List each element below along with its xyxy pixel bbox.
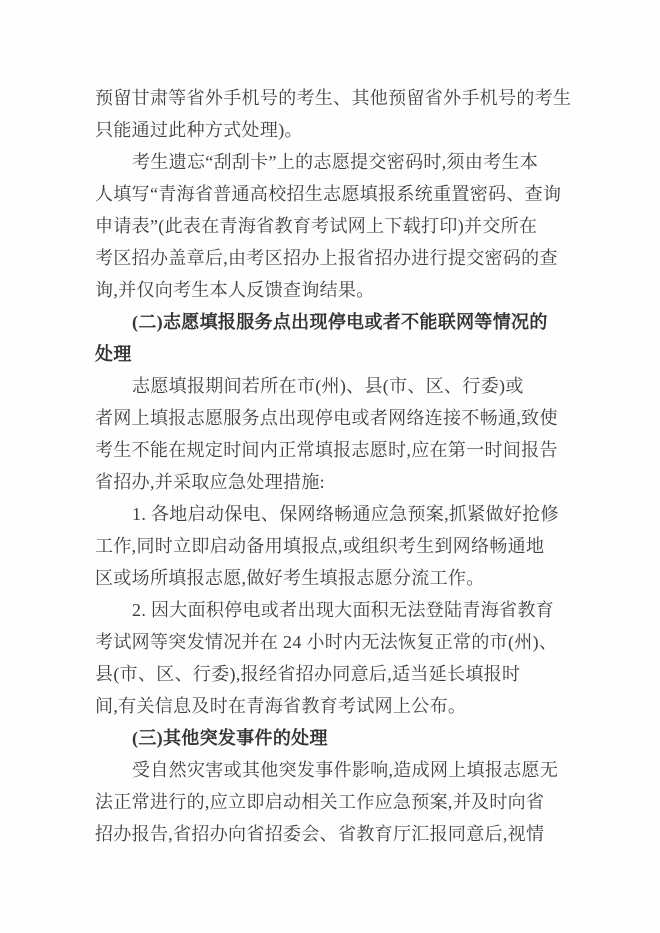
text-line: 1. 各地启动保电、保网络畅通应急预案,抓紧做好抢修 bbox=[95, 498, 581, 530]
text-line: 考区招办盖章后,由考区招办上报省招办进行提交密码的查 bbox=[95, 242, 581, 274]
text-line: 县(市、区、行委),报经省招办同意后,适当延长填报时 bbox=[95, 658, 581, 690]
text-line: 者网上填报志愿服务点出现停电或者网络连接不畅通,致使 bbox=[95, 402, 581, 434]
text-line: 工作,同时立即启动备用填报点,或组织考生到网络畅通地 bbox=[95, 530, 581, 562]
text-line: 2. 因大面积停电或者出现大面积无法登陆青海省教育 bbox=[95, 594, 581, 626]
text-line: 只能通过此种方式处理)。 bbox=[95, 114, 581, 146]
text-line: 询,并仅向考生本人反馈查询结果。 bbox=[95, 274, 581, 306]
heading-line: (二)志愿填报服务点出现停电或者不能联网等情况的 bbox=[95, 306, 581, 338]
text-line: 考试网等突发情况并在 24 小时内无法恢复正常的市(州)、 bbox=[95, 626, 581, 658]
text-line: 省招办,并采取应急处理措施: bbox=[95, 466, 581, 498]
text-line: 志愿填报期间若所在市(州)、县(市、区、行委)或 bbox=[95, 370, 581, 402]
text-line: 考生遗忘“刮刮卡”上的志愿提交密码时,须由考生本 bbox=[95, 146, 581, 178]
text-line: 法正常进行的,应立即启动相关工作应急预案,并及时向省 bbox=[95, 786, 581, 818]
document-page: 预留甘肃等省外手机号的考生、其他预留省外手机号的考生只能通过此种方式处理)。考生… bbox=[0, 0, 660, 933]
text-line: 人填写“青海省普通高校招生志愿填报系统重置密码、查询 bbox=[95, 178, 581, 210]
text-line: 招办报告,省招办向省招委会、省教育厅汇报同意后,视情 bbox=[95, 818, 581, 850]
heading-line: 处理 bbox=[95, 338, 581, 370]
text-line: 申请表”(此表在青海省教育考试网上下载打印)并交所在 bbox=[95, 210, 581, 242]
document-text-block: 预留甘肃等省外手机号的考生、其他预留省外手机号的考生只能通过此种方式处理)。考生… bbox=[95, 82, 581, 850]
text-line: 区或场所填报志愿,做好考生填报志愿分流工作。 bbox=[95, 562, 581, 594]
text-line: 预留甘肃等省外手机号的考生、其他预留省外手机号的考生 bbox=[95, 82, 581, 114]
text-line: 受自然灾害或其他突发事件影响,造成网上填报志愿无 bbox=[95, 754, 581, 786]
text-line: 考生不能在规定时间内正常填报志愿时,应在第一时间报告 bbox=[95, 434, 581, 466]
heading-line: (三)其他突发事件的处理 bbox=[95, 722, 581, 754]
text-line: 间,有关信息及时在青海省教育考试网上公布。 bbox=[95, 690, 581, 722]
